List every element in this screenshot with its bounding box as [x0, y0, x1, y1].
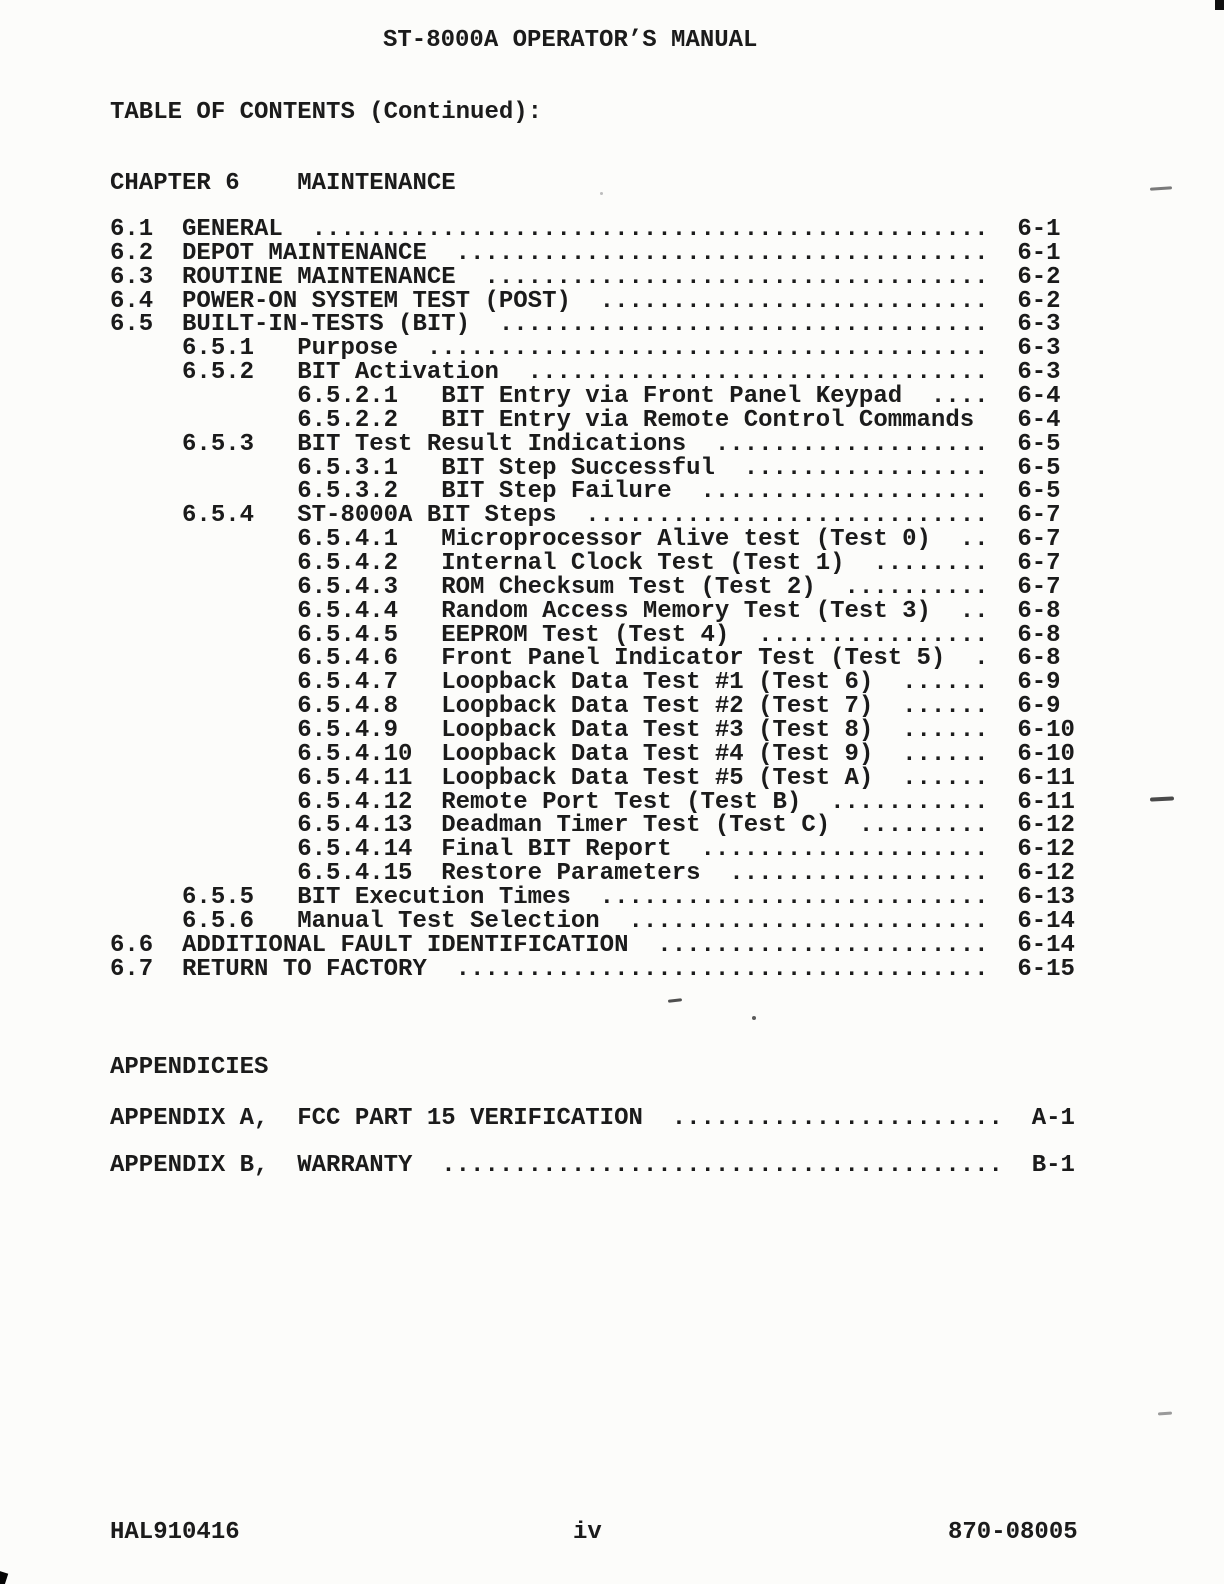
toc-list: 6.1 GENERAL ............................…: [110, 218, 1075, 982]
toc-entry-6.5.2.1: 6.5.2.1 BIT Entry via Front Panel Keypad…: [110, 385, 1075, 409]
toc-entry-6.5.2.2: 6.5.2.2 BIT Entry via Remote Control Com…: [110, 409, 1075, 433]
toc-entry-6.7: 6.7 RETURN TO FACTORY ..................…: [110, 958, 1075, 982]
toc-entry-6.5.4.11: 6.5.4.11 Loopback Data Test #5 (Test A) …: [110, 767, 1075, 791]
appendix-entry-a: APPENDIX A, FCC PART 15 VERIFICATION ...…: [110, 1107, 1075, 1131]
toc-entry-6.5.4.7: 6.5.4.7 Loopback Data Test #1 (Test 6) .…: [110, 671, 1075, 695]
toc-entry-6.5.4.3: 6.5.4.3 ROM Checksum Test (Test 2) .....…: [110, 576, 1075, 600]
toc-entry-6.5.4.1: 6.5.4.1 Microprocessor Alive test (Test …: [110, 528, 1075, 552]
toc-entry-6.5.4.15: 6.5.4.15 Restore Parameters ............…: [110, 862, 1075, 886]
scan-artifact-stray-dot: [600, 192, 603, 195]
scan-artifact-stray-dot: [752, 1016, 756, 1020]
toc-entry-6.5.4.9: 6.5.4.9 Loopback Data Test #3 (Test 8) .…: [110, 719, 1075, 743]
toc-entry-6.5.4.10: 6.5.4.10 Loopback Data Test #4 (Test 9) …: [110, 743, 1075, 767]
toc-entry-6.5.3.2: 6.5.3.2 BIT Step Failure ...............…: [110, 480, 1075, 504]
document-title: ST-8000A OPERATOR’S MANUAL: [383, 29, 757, 53]
toc-entry-6.5.4.12: 6.5.4.12 Remote Port Test (Test B) .....…: [110, 791, 1075, 815]
scan-artifact-corner-bottom-left: [0, 1571, 8, 1584]
toc-entry-6.5.2: 6.5.2 BIT Activation ...................…: [110, 361, 1075, 385]
toc-entry-6.5.1: 6.5.1 Purpose ..........................…: [110, 337, 1075, 361]
footer-document-code: HAL910416: [110, 1521, 240, 1545]
toc-entry-6.5.4.2: 6.5.4.2 Internal Clock Test (Test 1) ...…: [110, 552, 1075, 576]
toc-entry-6.6: 6.6 ADDITIONAL FAULT IDENTIFICATION ....…: [110, 934, 1075, 958]
toc-continued-heading: TABLE OF CONTENTS (Continued):: [110, 101, 542, 125]
toc-entry-6.2: 6.2 DEPOT MAINTENANCE ..................…: [110, 242, 1075, 266]
appendix-entry-b: APPENDIX B, WARRANTY ...................…: [110, 1154, 1075, 1178]
toc-entry-6.3: 6.3 ROUTINE MAINTENANCE ................…: [110, 266, 1075, 290]
scanned-manual-page: { "page": { "title": "ST-8000A OPERATOR’…: [0, 0, 1224, 1584]
toc-entry-6.5.4: 6.5.4 ST-8000A BIT Steps ...............…: [110, 504, 1075, 528]
toc-entry-6.5.4.8: 6.5.4.8 Loopback Data Test #2 (Test 7) .…: [110, 695, 1075, 719]
toc-entry-6.1: 6.1 GENERAL ............................…: [110, 218, 1075, 242]
scan-artifact-margin-dash: [1158, 1412, 1172, 1416]
toc-entry-6.5.4.14: 6.5.4.14 Final BIT Report ..............…: [110, 838, 1075, 862]
scan-artifact-stray-mark: [668, 998, 682, 1003]
appendices-heading: APPENDICIES: [110, 1056, 268, 1080]
scan-artifact-corner-top-right: [1215, 0, 1224, 10]
toc-entry-6.5.4.4: 6.5.4.4 Random Access Memory Test (Test …: [110, 600, 1075, 624]
toc-entry-6.5.3.1: 6.5.3.1 BIT Step Successful ............…: [110, 457, 1075, 481]
toc-entry-6.5.4.6: 6.5.4.6 Front Panel Indicator Test (Test…: [110, 647, 1075, 671]
toc-entry-6.4: 6.4 POWER-ON SYSTEM TEST (POST) ........…: [110, 290, 1075, 314]
scan-artifact-margin-dash: [1150, 796, 1174, 801]
footer-page-number: iv: [573, 1521, 602, 1545]
footer-part-number: 870-08005: [948, 1521, 1078, 1545]
toc-entry-6.5.3: 6.5.3 BIT Test Result Indications ......…: [110, 433, 1075, 457]
toc-entry-6.5.4.5: 6.5.4.5 EEPROM Test (Test 4) ...........…: [110, 624, 1075, 648]
toc-entry-6.5.5: 6.5.5 BIT Execution Times ..............…: [110, 886, 1075, 910]
scan-artifact-margin-dash: [1150, 186, 1172, 191]
toc-entry-6.5: 6.5 BUILT-IN-TESTS (BIT) ...............…: [110, 313, 1075, 337]
chapter-heading: CHAPTER 6 MAINTENANCE: [110, 172, 456, 196]
toc-entry-6.5.4.13: 6.5.4.13 Deadman Timer Test (Test C) ...…: [110, 814, 1075, 838]
toc-entry-6.5.6: 6.5.6 Manual Test Selection ............…: [110, 910, 1075, 934]
